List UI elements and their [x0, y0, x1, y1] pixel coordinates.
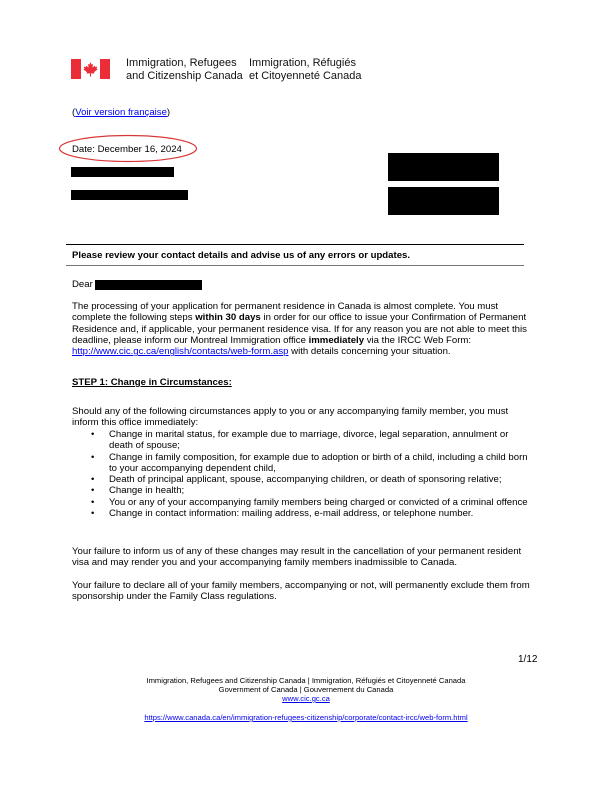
cic-website-link[interactable]: www.cic.gc.ca — [282, 694, 330, 703]
department-name-english: Immigration, Refugees and Citizenship Ca… — [126, 57, 243, 82]
redacted-address — [71, 190, 188, 200]
step1-lead: Should any of the following circumstance… — [72, 406, 532, 429]
list-item-text: Change in contact information: mailing a… — [109, 508, 473, 519]
list-item-text: Change in marital status, for example du… — [109, 429, 508, 451]
footer-line-2: Government of Canada | Gouvernement du C… — [0, 685, 612, 694]
notice-bottom-rule — [66, 265, 524, 266]
salutation-text: Dear — [72, 279, 93, 290]
footer-line-1: Immigration, Refugees and Citizenship Ca… — [0, 676, 612, 685]
letter-date: Date: December 16, 2024 — [72, 144, 182, 155]
bullet-icon: • — [91, 497, 94, 508]
bullet-icon: • — [91, 474, 94, 485]
list-item-text: You or any of your accompanying family m… — [109, 497, 528, 508]
list-item: •Death of principal applicant, spouse, a… — [72, 474, 532, 485]
intro-paragraph: The processing of your application for p… — [72, 301, 532, 357]
intro-text-4: with details concerning your situation. — [288, 346, 450, 357]
salutation: Dear — [72, 279, 93, 290]
redacted-name — [71, 167, 174, 177]
dept-fr-line1: Immigration, Réfugiés — [249, 57, 362, 70]
redacted-reference — [388, 187, 499, 215]
ircc-web-form-link[interactable]: http://www.cic.gc.ca/english/contacts/we… — [72, 346, 288, 357]
dept-en-line2: and Citizenship Canada — [126, 70, 243, 83]
redacted-recipient — [95, 280, 202, 290]
notice-top-rule — [66, 244, 524, 245]
french-version-link-line: (Voir version française) — [72, 107, 170, 118]
footer-webform-row: https://www.canada.ca/en/immigration-ref… — [0, 713, 612, 722]
canada-flag-icon — [71, 59, 110, 79]
circumstances-list: •Change in marital status, for example d… — [72, 429, 532, 519]
list-item: •Change in contact information: mailing … — [72, 508, 532, 519]
contact-webform-link[interactable]: https://www.canada.ca/en/immigration-ref… — [144, 713, 467, 722]
bullet-icon: • — [91, 429, 94, 440]
immediately-emphasis: immediately — [309, 335, 364, 346]
list-item: •Change in health; — [72, 485, 532, 496]
bullet-icon: • — [91, 485, 94, 496]
redacted-file-number — [388, 153, 499, 181]
list-item: •Change in marital status, for example d… — [72, 429, 532, 452]
list-item-text: Change in family composition, for exampl… — [109, 452, 528, 474]
list-item-text: Change in health; — [109, 485, 184, 496]
contact-details-notice: Please review your contact details and a… — [72, 250, 532, 261]
french-version-link[interactable]: Voir version française — [75, 107, 167, 118]
dept-fr-line2: et Citoyenneté Canada — [249, 70, 362, 83]
bullet-icon: • — [91, 452, 94, 463]
list-item: •Change in family composition, for examp… — [72, 452, 532, 475]
footer-link-row: www.cic.gc.ca — [0, 694, 612, 703]
department-name-french: Immigration, Réfugiés et Citoyenneté Can… — [249, 57, 362, 82]
list-item-text: Death of principal applicant, spouse, ac… — [109, 474, 502, 485]
warning-paragraph-1: Your failure to inform us of any of thes… — [72, 546, 532, 569]
step1-heading: STEP 1: Change in Circumstances: — [72, 377, 532, 388]
bullet-icon: • — [91, 508, 94, 519]
dept-en-line1: Immigration, Refugees — [126, 57, 243, 70]
list-item: •You or any of your accompanying family … — [72, 497, 532, 508]
page-number: 1/12 — [518, 654, 537, 665]
paren-close: ) — [167, 107, 170, 118]
deadline-emphasis: within 30 days — [195, 312, 261, 323]
intro-text-3: via the IRCC Web Form: — [364, 335, 471, 346]
warning-paragraph-2: Your failure to declare all of your fami… — [72, 580, 532, 603]
